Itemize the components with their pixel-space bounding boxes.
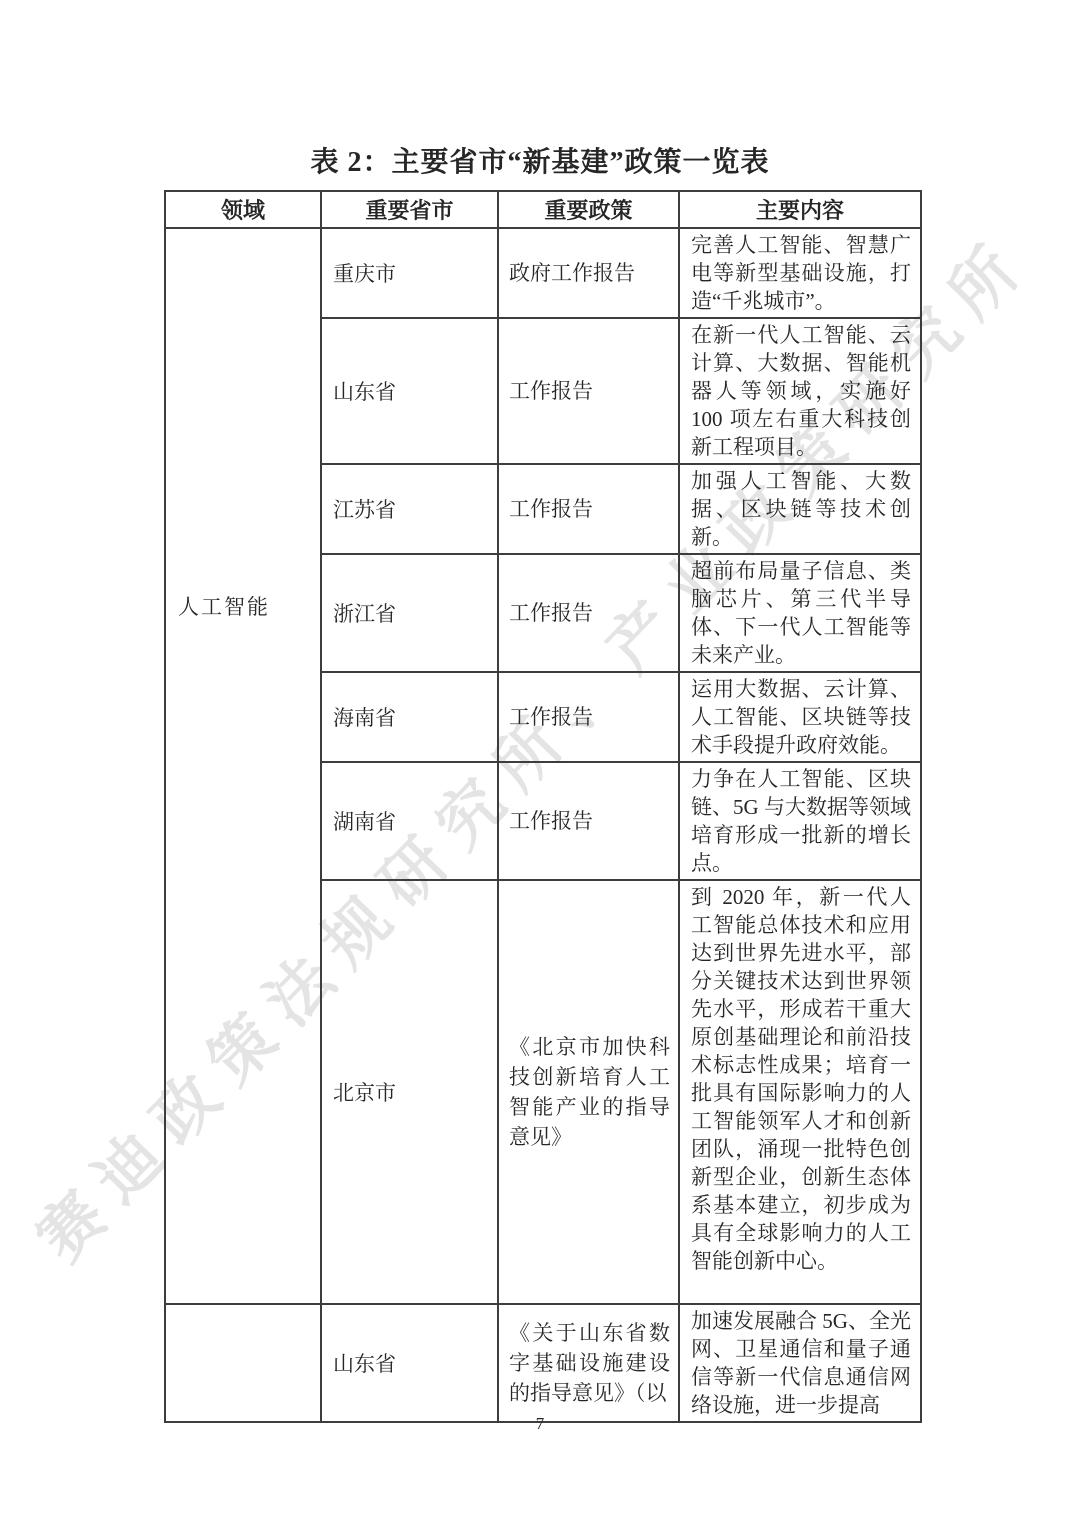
city-cell: 山东省	[321, 1304, 498, 1422]
table-title: 表 2：主要省市“新基建”政策一览表	[0, 140, 1080, 180]
content-cell: 运用大数据、云计算、人工智能、区块链等技术手段提升政府效能。	[679, 672, 921, 762]
policy-cell: 工作报告	[498, 554, 679, 672]
document-page: 赛迪政策法规研究所、产业政策研究所 表 2：主要省市“新基建”政策一览表 领域 …	[0, 0, 1080, 1527]
page-number: 7	[0, 1414, 1080, 1434]
content-cell: 在新一代人工智能、云计算、大数据、智能机器人等领域，实施好 100 项左右重大科…	[679, 318, 921, 464]
col-header-policy: 重要政策	[498, 191, 679, 228]
table-row-shandong-2: 山东省 《关于山东省数字基础设施建设的指导意见》（以 加速发展融合 5G、全光网…	[165, 1304, 921, 1422]
city-cell: 重庆市	[321, 228, 498, 318]
content-cell: 加强人工智能、大数据、区块链等技术创新。	[679, 464, 921, 554]
city-cell: 海南省	[321, 672, 498, 762]
table-header-row: 领域 重要省市 重要政策 主要内容	[165, 191, 921, 228]
city-cell: 山东省	[321, 318, 498, 464]
city-cell: 湖南省	[321, 762, 498, 880]
content-cell: 到 2020 年，新一代人工智能总体技术和应用达到世界先进水平，部分关键技术达到…	[679, 880, 921, 1304]
domain-label: 人工智能	[178, 591, 270, 621]
policy-cell: 《关于山东省数字基础设施建设的指导意见》（以	[498, 1304, 679, 1422]
city-cell: 江苏省	[321, 464, 498, 554]
content-cell: 力争在人工智能、区块链、5G 与大数据等领域培育形成一批新的增长点。	[679, 762, 921, 880]
policy-cell: 工作报告	[498, 762, 679, 880]
col-header-content: 主要内容	[679, 191, 921, 228]
domain-cell-ai: 人工智能	[165, 228, 321, 1304]
policy-cell: 政府工作报告	[498, 228, 679, 318]
policy-cell: 工作报告	[498, 464, 679, 554]
content-cell: 超前布局量子信息、类脑芯片、第三代半导体、下一代人工智能等未来产业。	[679, 554, 921, 672]
city-cell: 浙江省	[321, 554, 498, 672]
table-row-chongqing: 人工智能 重庆市 政府工作报告 完善人工智能、智慧广电等新型基础设施，打造“千兆…	[165, 228, 921, 318]
policy-cell: 工作报告	[498, 672, 679, 762]
policy-cell: 工作报告	[498, 318, 679, 464]
policy-cell: 《北京市加快科技创新培育人工智能产业的指导意见》	[498, 880, 679, 1304]
col-header-city: 重要省市	[321, 191, 498, 228]
policy-table: 领域 重要省市 重要政策 主要内容 人工智能 重庆市 政府工作报告 完善人工智能…	[164, 190, 922, 1423]
content-cell: 完善人工智能、智慧广电等新型基础设施，打造“千兆城市”。	[679, 228, 921, 318]
col-header-domain: 领域	[165, 191, 321, 228]
domain-cell-next	[165, 1304, 321, 1422]
content-cell: 加速发展融合 5G、全光网、卫星通信和量子通信等新一代信息通信网络设施，进一步提…	[679, 1304, 921, 1422]
city-cell: 北京市	[321, 880, 498, 1304]
